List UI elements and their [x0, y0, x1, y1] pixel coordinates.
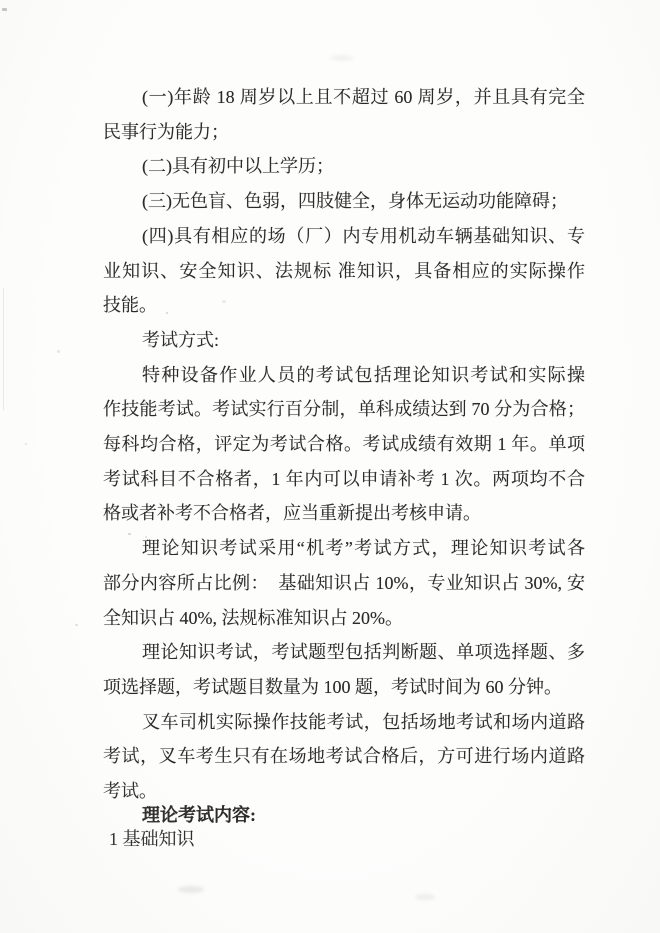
text-line: (二)具有初中以上学历；	[103, 149, 585, 184]
text-line: 每科均合格，评定为考试合格。考试成绩有效期 1 年。单项	[103, 427, 585, 462]
text-line: 理论知识考试采用“机考”考试方式，理论知识考试各	[103, 531, 585, 566]
text-line: 格或者补考不合格者，应当重新提出考核申请。	[103, 496, 585, 531]
text-line: 作技能考试。考试实行百分制，单科成绩达到 70 分为合格；	[103, 392, 585, 427]
text-line: 部分内容所占比例： 基础知识占 10%，专业知识占 30%, 安	[103, 566, 585, 601]
scan-smudge	[178, 886, 204, 893]
scan-smudge	[415, 894, 435, 900]
text-line: 1 基础知识	[103, 827, 585, 851]
scan-speck	[57, 350, 60, 353]
text-line: 考试方式:	[103, 323, 585, 358]
text-line: (一)年龄 18 周岁以上且不超过 60 周岁，并且具有完全	[103, 80, 585, 115]
text-line: 考试，叉车考生只有在场地考试合格后，方可进行场内道路	[103, 739, 585, 774]
text-line: 理论知识考试，考试题型包括判断题、单项选择题、多	[103, 635, 585, 670]
text-line: 叉车司机实际操作技能考试，包括场地考试和场内道路	[103, 705, 585, 740]
text-line: 理论考试内容:	[103, 803, 585, 827]
text-line: 特种设备作业人员的考试包括理论知识考试和实际操	[103, 358, 585, 393]
text-line: (三)无色盲、色弱，四肢健全，身体无运动功能障碍；	[103, 184, 585, 219]
text-line: (四)具有相应的场（厂）内专用机动车辆基础知识、专	[103, 219, 585, 254]
text-line: 全知识占 40%, 法规标准知识占 20%。	[103, 601, 585, 636]
scan-speck	[75, 624, 78, 626]
text-line: 民事行为能力；	[103, 115, 585, 150]
document-text: (一)年龄 18 周岁以上且不超过 60 周岁，并且具有完全民事行为能力；(二)…	[103, 80, 585, 851]
text-line: 项选择题，考试题目数量为 100 题，考试时间为 60 分钟。	[103, 670, 585, 705]
scanned-page: (一)年龄 18 周岁以上且不超过 60 周岁，并且具有完全民事行为能力；(二)…	[0, 0, 660, 933]
scan-smudge	[330, 55, 354, 61]
scan-speck	[25, 443, 27, 445]
text-line: 业知识、安全知识、法规标 准知识，具备相应的实际操作	[103, 254, 585, 289]
text-line: 考试科目不合格者，1 年内可以申请补考 1 次。两项均不合	[103, 462, 585, 497]
scan-speck	[2, 8, 7, 11]
scan-edge-artifact	[3, 288, 4, 410]
text-line: 技能。	[103, 288, 585, 323]
